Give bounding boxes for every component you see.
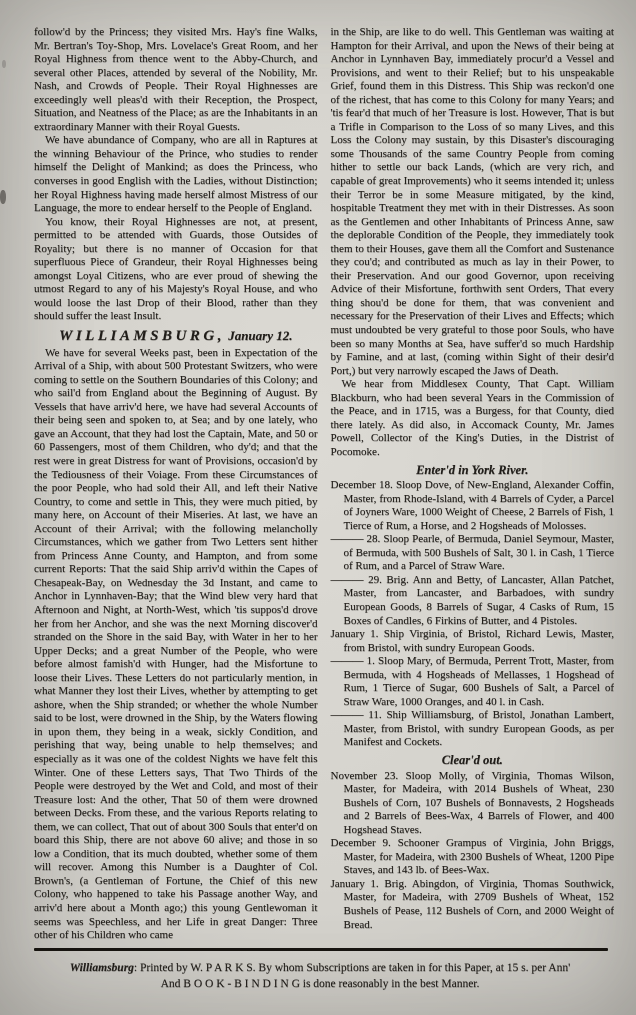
dateline-city: WILLIAMSBURG,	[59, 328, 225, 344]
text-columns: follow'd by the Princess; they visited M…	[34, 26, 614, 940]
shipping-entry: November 23. Sloop Molly, of Virginia, T…	[331, 770, 615, 838]
newspaper-page: follow'd by the Princess; they visited M…	[0, 0, 636, 1015]
colophon-line1-text: : Printed by W. P A R K S. By whom Subsc…	[134, 962, 570, 974]
ink-smudge	[0, 190, 6, 204]
ink-smudge	[2, 60, 6, 68]
colophon: Williamsburg: Printed by W. P A R K S. B…	[34, 961, 614, 992]
news-paragraph: follow'd by the Princess; they visited M…	[34, 26, 318, 134]
colophon-place: Williamsburg	[70, 962, 134, 974]
shipping-entry: ——— 29. Brig. Ann and Betty, of Lancaste…	[331, 574, 615, 628]
shipping-entry: ——— 1. Sloop Mary, of Bermuda, Perrent T…	[331, 655, 615, 709]
footer-rule	[34, 948, 608, 951]
shipping-entry: ——— 11. Ship Williamsburg, of Bristol, J…	[331, 709, 615, 750]
news-paragraph: We have abundance of Company, who are al…	[34, 134, 318, 215]
shipping-entry: December 18. Sloop Dove, of New-England,…	[331, 479, 615, 533]
right-column: in the Ship, are like to do well. This G…	[331, 26, 615, 940]
news-paragraph: in the Ship, are like to do well. This G…	[331, 26, 615, 378]
shipping-entry: January 1. Ship Virginia, of Bristol, Ri…	[331, 628, 615, 655]
colophon-line-2: And B O O K - B I N D I N G is done reas…	[34, 977, 606, 993]
news-paragraph: We have for several Weeks past, been in …	[34, 347, 318, 940]
shipping-entry: December 9. Schooner Grampus of Virginia…	[331, 837, 615, 878]
shipping-list-heading: Enter'd in York River.	[331, 464, 615, 478]
dateline-heading: WILLIAMSBURG, January 12.	[34, 329, 318, 344]
news-paragraph: You know, their Royal Highnesses are not…	[34, 216, 318, 324]
shipping-list-heading: Clear'd out.	[331, 754, 615, 768]
dateline-date: January 12.	[225, 328, 293, 343]
shipping-entry: ——— 28. Sloop Pearle, of Bermuda, Daniel…	[331, 533, 615, 574]
news-paragraph: We hear from Middlesex County, That Capt…	[331, 378, 615, 459]
left-column: follow'd by the Princess; they visited M…	[34, 26, 318, 940]
colophon-line-1: Williamsburg: Printed by W. P A R K S. B…	[34, 961, 606, 977]
shipping-entry: January 1. Brig. Abingdon, of Virginia, …	[331, 878, 615, 932]
